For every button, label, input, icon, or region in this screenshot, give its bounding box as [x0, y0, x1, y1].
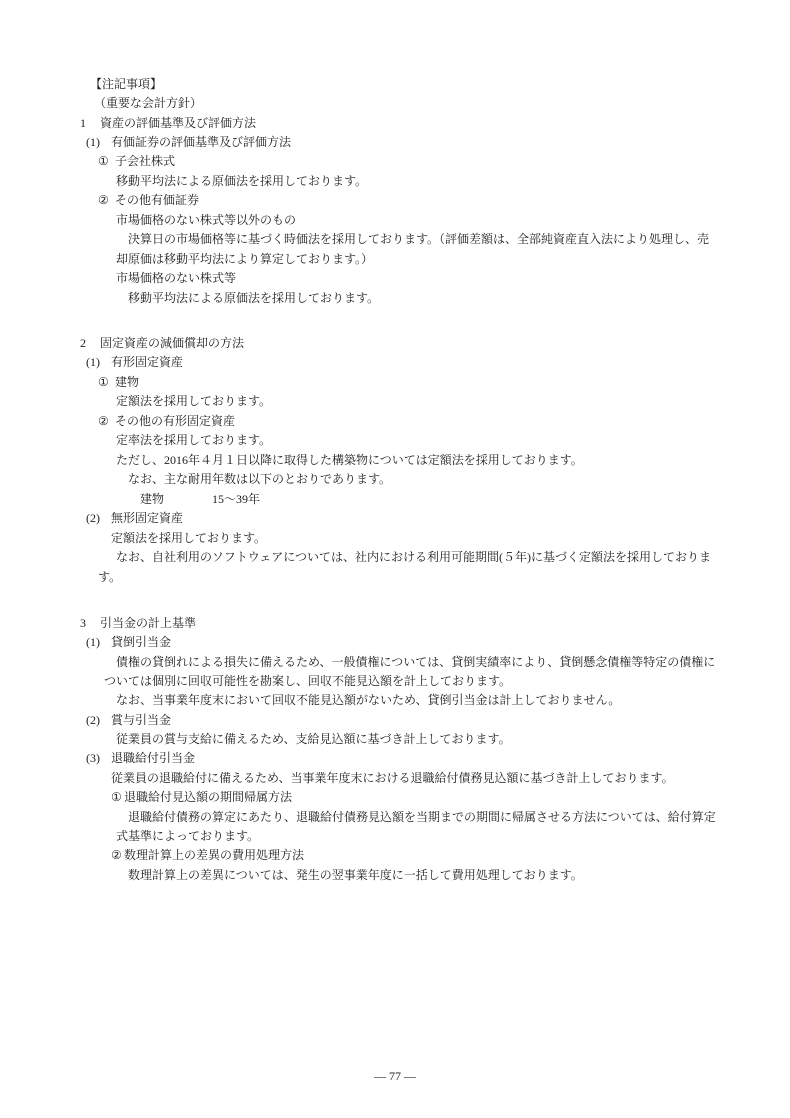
body-text: 却原価は移動平均法により算定しております。）	[116, 250, 373, 268]
subitem-title: 数理計算上の差異の費用処理方法	[124, 846, 304, 864]
body-text: す。	[98, 568, 121, 586]
body-line: 移動平均法による原価法を採用しております。	[0, 172, 790, 190]
body-text: 従業員の退職給付に備えるため、当事業年度末における退職給付債務見込額に基づき計上…	[111, 769, 674, 787]
item-title: 無形固定資産	[111, 509, 183, 527]
subitem-marker: ②	[98, 191, 109, 209]
item-heading: (1) 有価証券の評価基準及び評価方法	[0, 133, 790, 151]
section-number: 3	[80, 614, 86, 632]
notes-heading-line: 【注記事項】	[0, 75, 790, 93]
useful-life-years: 15～39年	[212, 490, 260, 508]
body-line: ただし、2016年４月１日以降に取得した構築物については定額法を採用しております…	[0, 451, 790, 469]
body-line: 従業員の退職給付に備えるため、当事業年度末における退職給付債務見込額に基づき計上…	[0, 769, 790, 787]
section-3-heading: 3 引当金の計上基準	[0, 614, 790, 632]
body-text: ただし、2016年４月１日以降に取得した構築物については定額法を採用しております…	[116, 451, 583, 469]
body-line: す。	[0, 568, 790, 586]
subitem-title: 建物	[115, 373, 139, 391]
body-text: 従業員の賞与支給に備えるため、支給見込額に基づき計上しております。	[116, 730, 511, 748]
body-line: 債権の貸倒れによる損失に備えるため、一般債権については、貸倒実績率により、貸倒懸…	[0, 653, 790, 671]
body-line: ついては個別に回収可能性を勘案し、回収不能見込額を計上しております。	[0, 672, 790, 690]
item-heading: (1) 有形固定資産	[0, 353, 790, 371]
body-text: 移動平均法による原価法を採用しております。	[128, 289, 379, 307]
body-line: 定額法を採用しております。	[0, 529, 790, 547]
page-number: — 77 —	[0, 1067, 790, 1085]
item-title: 貸倒引当金	[111, 633, 171, 651]
policies-subheading: （重要な会計方針）	[94, 94, 202, 112]
body-text: 定額法を採用しております。	[111, 529, 266, 547]
item-title: 有形固定資産	[111, 353, 183, 371]
body-text: なお、当事業年度末において回収不能見込額がないため、貸倒引当金は計上しておりませ…	[116, 691, 620, 709]
subitem-title: その他有価証券	[115, 191, 199, 209]
subitem-title: その他の有形固定資産	[115, 412, 235, 430]
body-text: 決算日の市場価格等に基づく時価法を採用しております。（評価差額は、全部純資産直入…	[128, 230, 709, 248]
body-text: 定率法を採用しております。	[116, 431, 271, 449]
policies-subheading-line: （重要な会計方針）	[0, 94, 790, 112]
body-text: 市場価格のない株式等	[116, 269, 236, 287]
body-line: 市場価格のない株式等以外のもの	[0, 211, 790, 229]
body-line: 却原価は移動平均法により算定しております。）	[0, 250, 790, 268]
notes-heading: 【注記事項】	[90, 75, 162, 93]
subitem-marker: ②	[98, 412, 109, 430]
item-title: 賞与引当金	[111, 711, 171, 729]
body-line: 式基準によっております。	[0, 827, 790, 845]
section-number: 1	[80, 114, 86, 132]
body-line: 数理計算上の差異については、発生の翌事業年度に一括して費用処理しております。	[0, 866, 790, 884]
body-line: なお、当事業年度末において回収不能見込額がないため、貸倒引当金は計上しておりませ…	[0, 691, 790, 709]
body-line: 退職給付債務の算定にあたり、退職給付債務見込額を当期までの期間に帰属させる方法に…	[0, 808, 790, 826]
section-2-heading: 2 固定資産の減価償却の方法	[0, 334, 790, 352]
subitem-heading: ① 退職給付見込額の期間帰属方法	[0, 788, 790, 806]
body-line: 市場価格のない株式等	[0, 269, 790, 287]
item-marker: (2)	[86, 509, 100, 527]
body-line: なお、主な耐用年数は以下のとおりであります。	[0, 470, 790, 488]
body-text: 市場価格のない株式等以外のもの	[116, 211, 296, 229]
document-page: 【注記事項】 （重要な会計方針） 1 資産の評価基準及び評価方法 (1) 有価証…	[0, 0, 790, 1118]
item-heading: (3) 退職給付引当金	[0, 749, 790, 767]
body-line: なお、自社利用のソフトウェアについては、社内における利用可能期間(５年)に基づく…	[0, 548, 790, 566]
body-text: なお、主な耐用年数は以下のとおりであります。	[128, 470, 391, 488]
body-text: 式基準によっております。	[116, 827, 259, 845]
subitem-marker: ②	[111, 846, 122, 864]
subitem-heading: ① 建物	[0, 373, 790, 391]
subitem-marker: ①	[98, 152, 109, 170]
body-line: 決算日の市場価格等に基づく時価法を採用しております。（評価差額は、全部純資産直入…	[0, 230, 790, 248]
body-line: 従業員の賞与支給に備えるため、支給見込額に基づき計上しております。	[0, 730, 790, 748]
subitem-heading: ② 数理計算上の差異の費用処理方法	[0, 846, 790, 864]
subitem-heading: ② その他の有形固定資産	[0, 412, 790, 430]
useful-life-row: 建物 15～39年	[0, 490, 790, 508]
subitem-heading: ② その他有価証券	[0, 191, 790, 209]
body-text: 移動平均法による原価法を採用しております。	[116, 172, 367, 190]
section-1-heading: 1 資産の評価基準及び評価方法	[0, 114, 790, 132]
item-heading: (2) 賞与引当金	[0, 711, 790, 729]
useful-life-asset: 建物	[140, 490, 164, 508]
item-heading: (2) 無形固定資産	[0, 509, 790, 527]
body-line: 定額法を採用しております。	[0, 392, 790, 410]
subitem-marker: ①	[111, 788, 122, 806]
body-text: なお、自社利用のソフトウェアについては、社内における利用可能期間(５年)に基づく…	[116, 548, 711, 566]
subitem-title: 退職給付見込額の期間帰属方法	[124, 788, 292, 806]
item-marker: (2)	[86, 711, 100, 729]
item-title: 有価証券の評価基準及び評価方法	[111, 133, 291, 151]
item-marker: (1)	[86, 133, 100, 151]
body-text: 退職給付債務の算定にあたり、退職給付債務見込額を当期までの期間に帰属させる方法に…	[128, 808, 716, 826]
section-title: 資産の評価基準及び評価方法	[100, 114, 256, 132]
body-text: ついては個別に回収可能性を勘案し、回収不能見込額を計上しております。	[104, 672, 511, 690]
body-text: 債権の貸倒れによる損失に備えるため、一般債権については、貸倒実績率により、貸倒懸…	[116, 653, 715, 671]
section-number: 2	[80, 334, 86, 352]
body-line: 定率法を採用しております。	[0, 431, 790, 449]
item-heading: (1) 貸倒引当金	[0, 633, 790, 651]
body-text: 定額法を採用しております。	[116, 392, 271, 410]
subitem-heading: ① 子会社株式	[0, 152, 790, 170]
item-title: 退職給付引当金	[111, 749, 195, 767]
subitem-marker: ①	[98, 373, 109, 391]
item-marker: (1)	[86, 353, 100, 371]
item-marker: (1)	[86, 633, 100, 651]
section-title: 引当金の計上基準	[100, 614, 196, 632]
body-line: 移動平均法による原価法を採用しております。	[0, 289, 790, 307]
section-title: 固定資産の減価償却の方法	[100, 334, 244, 352]
subitem-title: 子会社株式	[115, 152, 175, 170]
item-marker: (3)	[86, 749, 100, 767]
body-text: 数理計算上の差異については、発生の翌事業年度に一括して費用処理しております。	[128, 866, 583, 884]
